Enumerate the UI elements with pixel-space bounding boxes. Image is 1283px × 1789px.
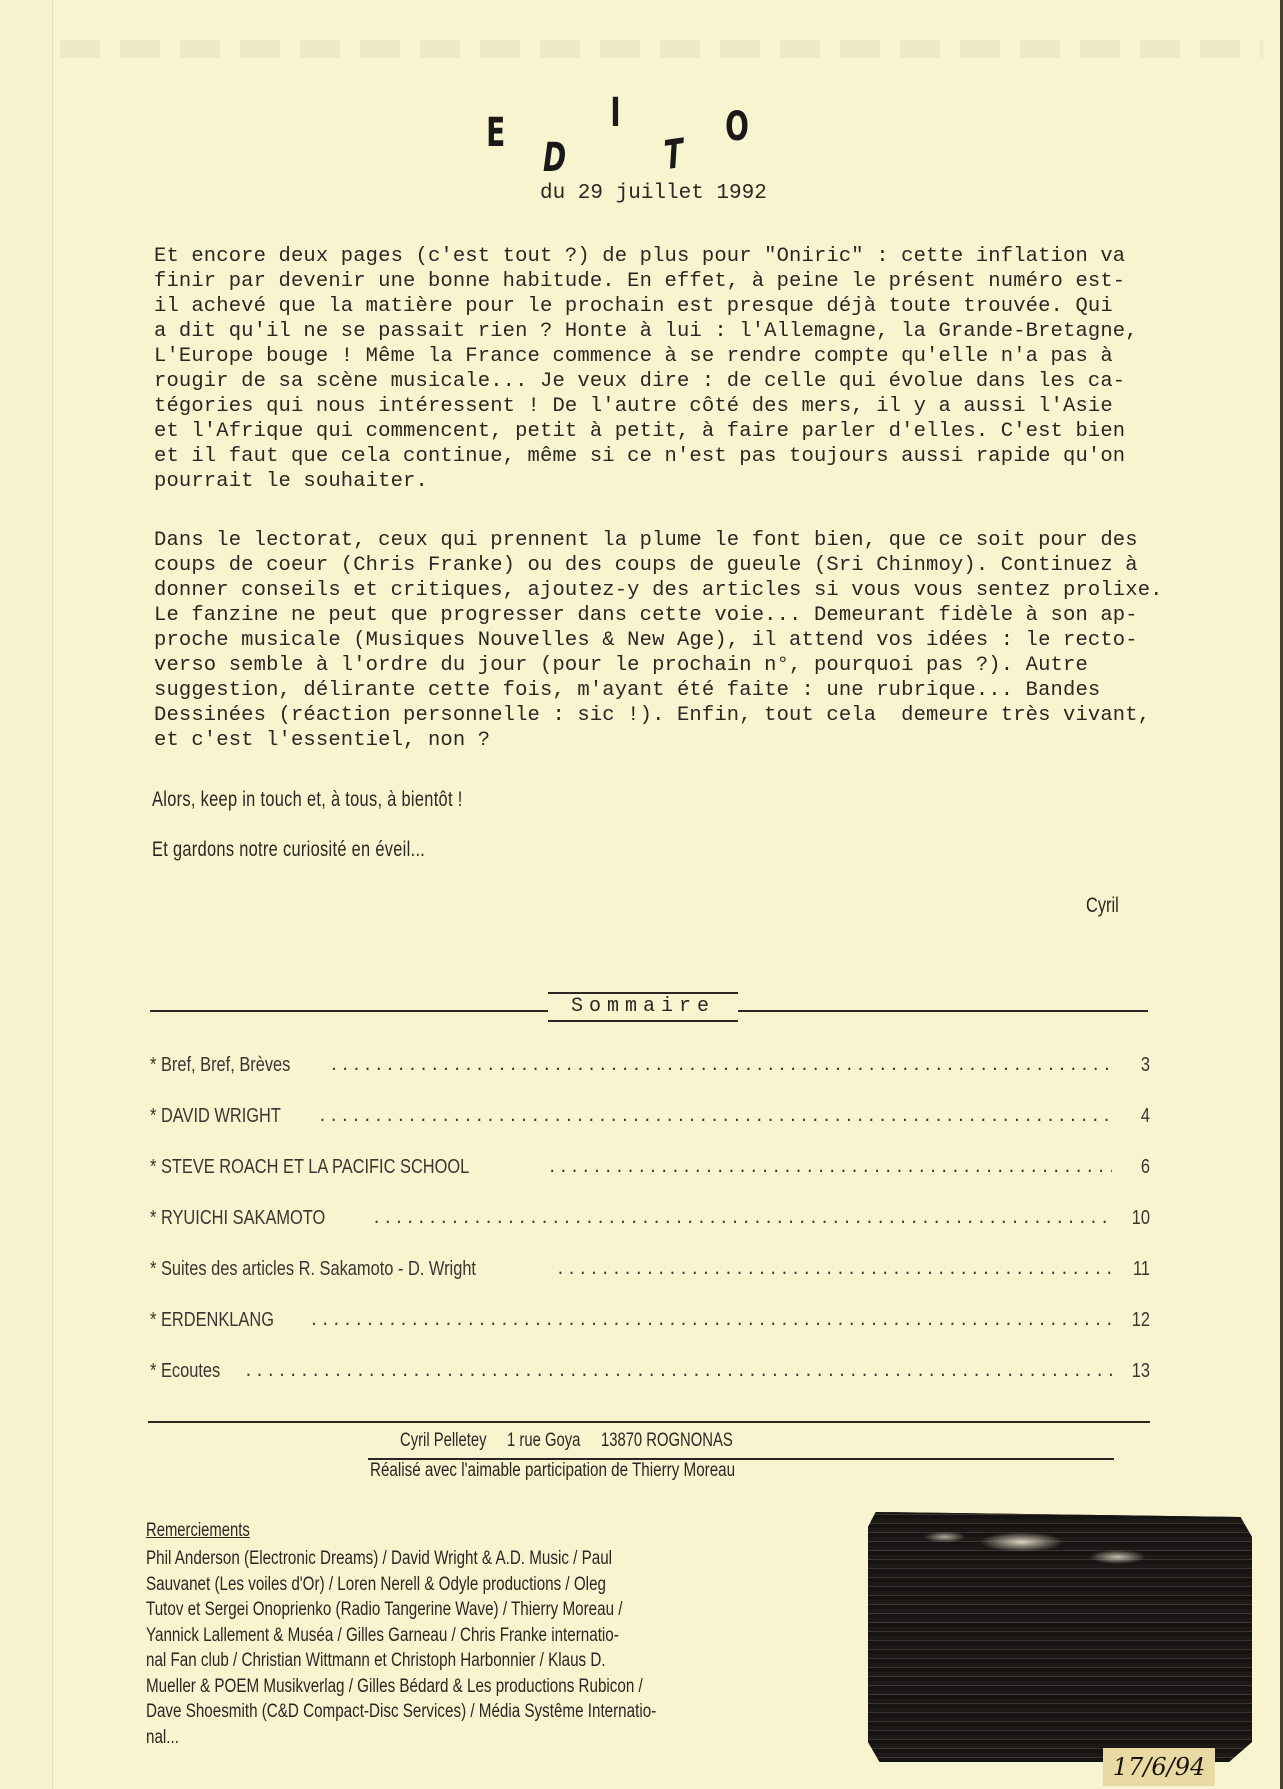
toc-item-title: * Bref, Bref, Brèves: [150, 1054, 290, 1077]
toc-item-page: 4: [1125, 1105, 1150, 1128]
edito-title: E D I T O: [470, 90, 770, 180]
landscape-photo: [868, 1512, 1252, 1762]
signature: Cyril: [1086, 894, 1119, 918]
toc-item-page: 3: [1125, 1054, 1150, 1077]
toc-leader-dots: ........................................…: [556, 1261, 1112, 1279]
title-letter: D: [543, 135, 566, 181]
editorial-paragraph-1: Et encore deux pages (c'est tout ?) de p…: [154, 244, 1194, 494]
toc-item: * STEVE ROACH ET LA PACIFIC SCHOOL......…: [150, 1142, 1150, 1193]
title-letter: T: [662, 131, 684, 180]
archive-date-label: 17/6/94: [1103, 1748, 1215, 1786]
editorial-paragraph-2: Dans le lectorat, ceux qui prennent la p…: [154, 528, 1194, 753]
closing-line-2: Et gardons notre curiosité en éveil...: [152, 838, 425, 862]
thanks-heading: Remerciements: [146, 1520, 250, 1542]
toc-item-title: * Ecoutes: [150, 1360, 220, 1383]
toc-leader-dots: ........................................…: [329, 1057, 1112, 1075]
toc-leader-dots: ........................................…: [372, 1210, 1112, 1228]
sommaire-heading: Sommaire: [548, 992, 738, 1022]
toc-item-title: * DAVID WRIGHT: [150, 1105, 281, 1128]
toc-item: * Suites des articles R. Sakamoto - D. W…: [150, 1244, 1150, 1295]
toc-item-page: 13: [1125, 1360, 1150, 1383]
toc-item: * Ecoutes...............................…: [150, 1346, 1150, 1397]
edito-date: du 29 juillet 1992: [540, 182, 767, 205]
toc-item-page: 11: [1125, 1258, 1150, 1281]
publisher-address: Cyril Pelletey 1 rue Goya 13870 ROGNONAS: [400, 1430, 868, 1452]
title-letter: O: [725, 104, 749, 150]
toc-item-title: * Suites des articles R. Sakamoto - D. W…: [150, 1258, 476, 1281]
toc-leader-dots: ........................................…: [547, 1159, 1112, 1177]
toc-item-page: 10: [1125, 1207, 1150, 1230]
toc-item-title: * ERDENKLANG: [150, 1309, 274, 1332]
toc-item: * ERDENKLANG............................…: [150, 1295, 1150, 1346]
toc-item-page: 6: [1125, 1156, 1150, 1179]
divider: [150, 1010, 548, 1012]
toc-item-title: * RYUICHI SAKAMOTO: [150, 1207, 325, 1230]
toc-item: * RYUICHI SAKAMOTO......................…: [150, 1193, 1150, 1244]
toc-item: * DAVID WRIGHT..........................…: [150, 1091, 1150, 1142]
title-letter: I: [610, 90, 620, 136]
page-left-margin: [0, 0, 53, 1789]
table-of-contents: * Bref, Bref, Brèves....................…: [150, 1040, 1150, 1397]
divider: [148, 1421, 1150, 1423]
closing-line-1: Alors, keep in touch et, à tous, à bient…: [152, 788, 463, 812]
participation-credit: Réalisé avec l'aimable participation de …: [370, 1460, 930, 1482]
toc-item: * Bref, Bref, Brèves....................…: [150, 1040, 1150, 1091]
toc-leader-dots: ........................................…: [309, 1312, 1112, 1330]
thanks-list: Phil Anderson (Electronic Dreams) / Davi…: [146, 1546, 866, 1750]
divider: [738, 1010, 1148, 1012]
toc-item-page: 12: [1125, 1309, 1150, 1332]
title-letter: E: [486, 110, 505, 156]
toc-leader-dots: ........................................…: [244, 1363, 1112, 1381]
toc-leader-dots: ........................................…: [318, 1108, 1112, 1126]
bleed-through-text: [60, 40, 1263, 58]
toc-item-title: * STEVE ROACH ET LA PACIFIC SCHOOL: [150, 1156, 469, 1179]
